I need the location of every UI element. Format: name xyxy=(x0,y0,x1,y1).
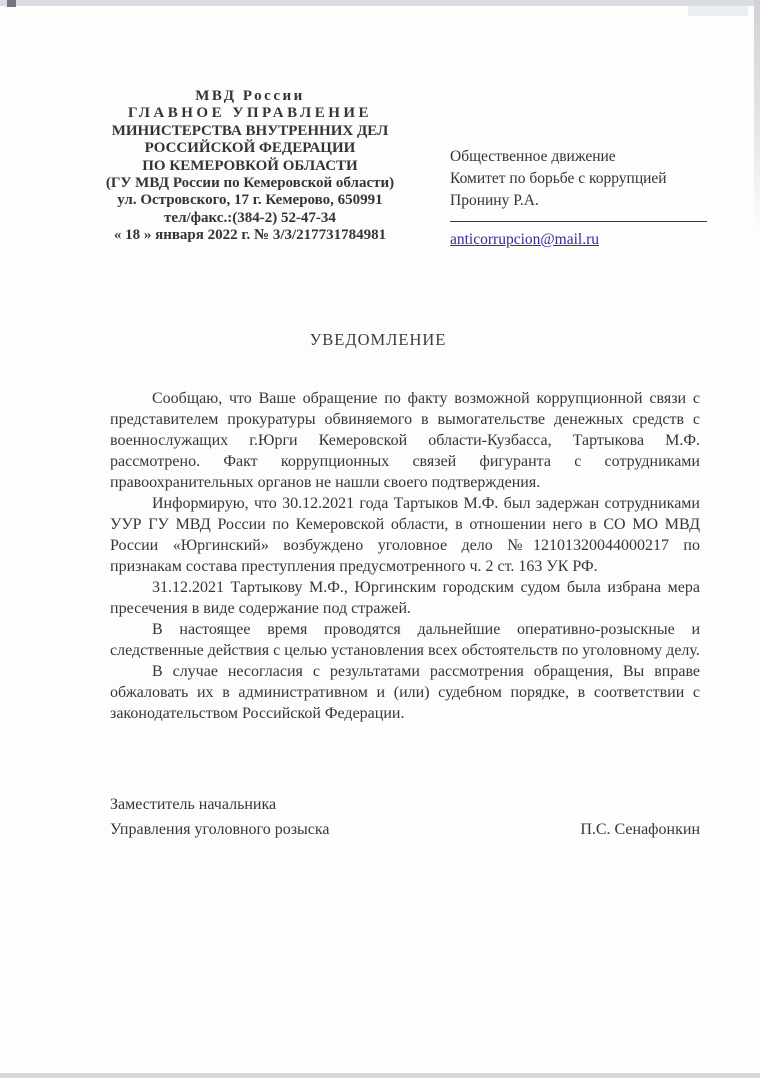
signer-name: П.С. Сенафонкин xyxy=(580,817,700,842)
scan-edge-top xyxy=(0,0,760,6)
recipient-underline xyxy=(450,221,707,222)
recipient-line: Пронину Р.А. xyxy=(450,190,712,212)
recipient-block: Общественное движение Комитет по борьбе … xyxy=(450,146,712,251)
signer-position-line1: Заместитель начальника xyxy=(110,792,700,817)
letterhead-org-block: МВД России ГЛАВНОЕ УПРАВЛЕНИЕ МИНИСТЕРСТ… xyxy=(100,88,400,245)
body-paragraph: В случае несогласия с результатами рассм… xyxy=(110,661,700,724)
org-line: (ГУ МВД России по Кемеровской области) xyxy=(100,175,400,192)
org-line: РОССИЙСКОЙ ФЕДЕРАЦИИ xyxy=(100,140,400,157)
body-paragraph: В настоящее время проводятся дальнейшие … xyxy=(110,619,700,661)
email-link[interactable]: anticorrupcion@mail.ru xyxy=(450,231,599,248)
org-line: ПО КЕМЕРОВКОЙ ОБЛАСТИ xyxy=(100,158,400,175)
scan-edge-right xyxy=(754,0,760,230)
recipient-line: Комитет по борьбе с коррупцией xyxy=(450,168,712,190)
org-line: МИНИСТЕРСТВА ВНУТРЕННИХ ДЕЛ xyxy=(100,123,400,140)
body-paragraph: 31.12.2021 Тартыкову М.Ф., Юргинским гор… xyxy=(110,577,700,619)
signature-row: Управления уголовного розыска П.С. Сенаф… xyxy=(110,817,700,842)
org-address-line: ул. Островского, 17 г. Кемерово, 650991 xyxy=(100,192,400,209)
signature-block: Заместитель начальника Управления уголов… xyxy=(110,792,700,842)
recipient-email-row: anticorrupcion@mail.ru xyxy=(450,229,712,251)
body-paragraph: Информирую, что 30.12.2021 года Тартыков… xyxy=(110,493,700,577)
org-phone-line: тел/факс.:(384-2) 52-47-34 xyxy=(100,210,400,227)
body-paragraph: Сообщаю, что Ваше обращение по факту воз… xyxy=(110,388,700,493)
document-title: УВЕДОМЛЕНИЕ xyxy=(110,330,646,350)
scan-smudge xyxy=(688,6,748,16)
scanned-letter-page: МВД России ГЛАВНОЕ УПРАВЛЕНИЕ МИНИСТЕРСТ… xyxy=(0,0,760,1078)
org-line: МВД России xyxy=(100,88,400,105)
org-line: ГЛАВНОЕ УПРАВЛЕНИЕ xyxy=(100,105,400,122)
scan-speck xyxy=(7,0,16,7)
scan-edge-bottom xyxy=(0,1073,760,1078)
doc-date-number-line: « 18 » января 2022 г. № 3/3/217731784981 xyxy=(100,227,400,244)
document-body: Сообщаю, что Ваше обращение по факту воз… xyxy=(110,388,700,724)
recipient-line: Общественное движение xyxy=(450,146,712,168)
signer-position-line2: Управления уголовного розыска xyxy=(110,817,330,842)
